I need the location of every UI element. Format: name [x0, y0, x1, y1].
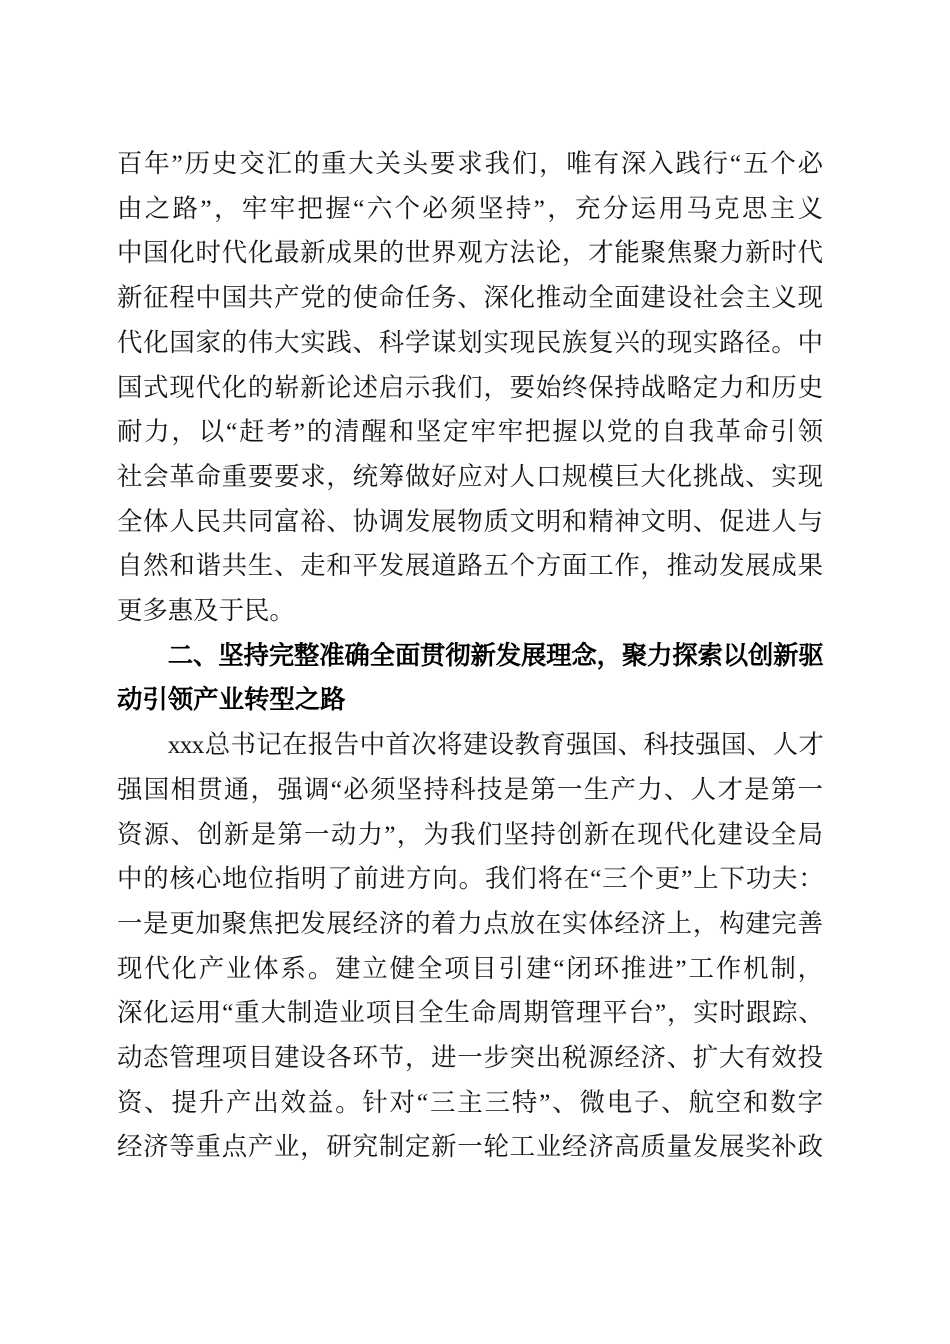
section-heading: 二、坚持完整准确全面贯彻新发展理念，聚力探索以创新驱 动引领产业转型之路 — [117, 634, 823, 723]
text-line: 中国化时代化最新成果的世界观方法论，才能聚焦聚力新时代 — [117, 231, 823, 276]
text-line: 耐力，以“赶考”的清醒和坚定牢牢把握以党的自我革命引领 — [117, 410, 823, 455]
text-line: 一是更加聚焦把发展经济的着力点放在实体经济上，构建完善 — [117, 902, 823, 947]
text-line: 强国相贯通，强调“必须坚持科技是第一生产力、人才是第一 — [117, 768, 823, 813]
text-line: xxx总书记在报告中首次将建设教育强国、科技强国、人才 — [117, 723, 823, 768]
document-page: 百年”历史交汇的重大关头要求我们，唯有深入践行“五个必 由之路”，牢牢把握“六个… — [0, 0, 950, 1344]
text-line: 国式现代化的崭新论述启示我们，要始终保持战略定力和历史 — [117, 366, 823, 411]
text-line: 经济等重点产业，研究制定新一轮工业经济高质量发展奖补政 — [117, 1125, 823, 1170]
document-content: 百年”历史交汇的重大关头要求我们，唯有深入践行“五个必 由之路”，牢牢把握“六个… — [117, 142, 823, 1170]
text-line: 深化运用“重大制造业项目全生命周期管理平台”，实时跟踪、 — [117, 991, 823, 1036]
text-line: 现代化产业体系。建立健全项目引建“闭环推进”工作机制， — [117, 947, 823, 992]
paragraph: xxx总书记在报告中首次将建设教育强国、科技强国、人才 强国相贯通，强调“必须坚… — [117, 723, 823, 1170]
text-line: 资源、创新是第一动力”，为我们坚持创新在现代化建设全局 — [117, 813, 823, 858]
heading-line: 二、坚持完整准确全面贯彻新发展理念，聚力探索以创新驱 — [117, 634, 823, 679]
text-line: 自然和谐共生、走和平发展道路五个方面工作，推动发展成果 — [117, 544, 823, 589]
heading-line: 动引领产业转型之路 — [117, 678, 823, 723]
text-line: 全体人民共同富裕、协调发展物质文明和精神文明、促进人与 — [117, 500, 823, 545]
text-line: 代化国家的伟大实践、科学谋划实现民族复兴的现实路径。中 — [117, 321, 823, 366]
text-line: 更多惠及于民。 — [117, 589, 823, 634]
text-line: 中的核心地位指明了前进方向。我们将在“三个更”上下功夫： — [117, 857, 823, 902]
text-line: 百年”历史交汇的重大关头要求我们，唯有深入践行“五个必 — [117, 142, 823, 187]
text-line: 社会革命重要要求，统筹做好应对人口规模巨大化挑战、实现 — [117, 455, 823, 500]
text-line: 资、提升产出效益。针对“三主三特”、微电子、航空和数字 — [117, 1081, 823, 1126]
paragraph-continuation: 百年”历史交汇的重大关头要求我们，唯有深入践行“五个必 由之路”，牢牢把握“六个… — [117, 142, 823, 634]
text-line: 新征程中国共产党的使命任务、深化推动全面建设社会主义现 — [117, 276, 823, 321]
text-line: 由之路”，牢牢把握“六个必须坚持”，充分运用马克思主义 — [117, 187, 823, 232]
text-line: 动态管理项目建设各环节，进一步突出税源经济、扩大有效投 — [117, 1036, 823, 1081]
